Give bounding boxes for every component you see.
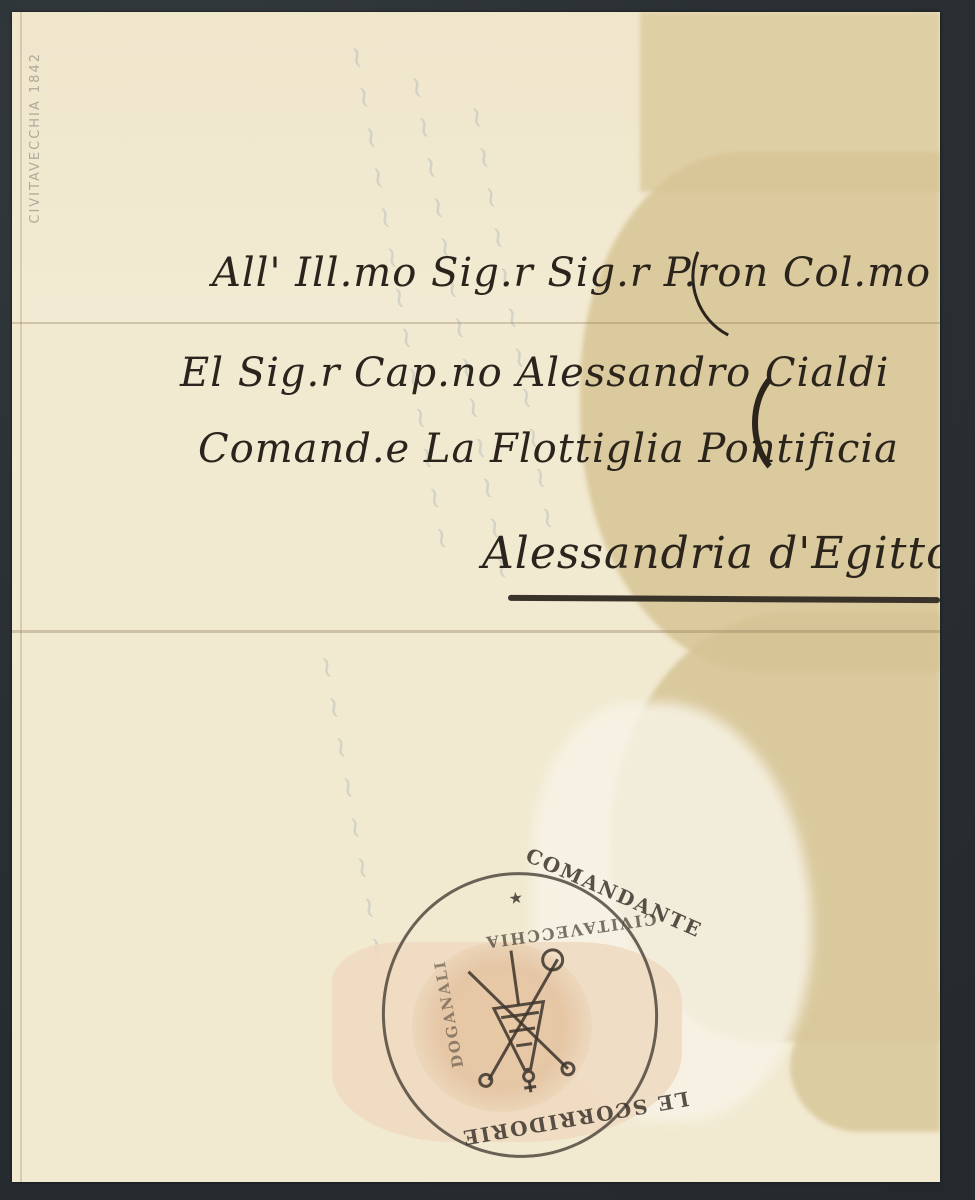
star-icon: ★ <box>507 888 524 909</box>
address-line-4: Alessandria d'Egitto <box>482 528 940 579</box>
left-fold-edge <box>20 12 22 1182</box>
bleed-through-writing: ~ ~ ~ ~ ~ ~ ~ ~ <box>308 652 397 966</box>
fold-line-middle <box>12 630 940 633</box>
address-line-1: All' Ill.mo Sig.r Sig.r P.ron Col.mo <box>212 250 931 296</box>
folded-letter: ~ ~ ~ ~ ~ ~ ~ ~ ~ ~ ~ ~ ~ ~ ~ ~ ~ ~ ~ ~ … <box>12 12 940 1182</box>
script-flourish <box>752 362 844 484</box>
papal-tiara-keys-icon <box>456 938 586 1102</box>
pencil-notation: CIVITAVECCHIA 1842 <box>28 52 43 224</box>
water-stain <box>790 992 940 1132</box>
address-underline <box>508 595 940 603</box>
